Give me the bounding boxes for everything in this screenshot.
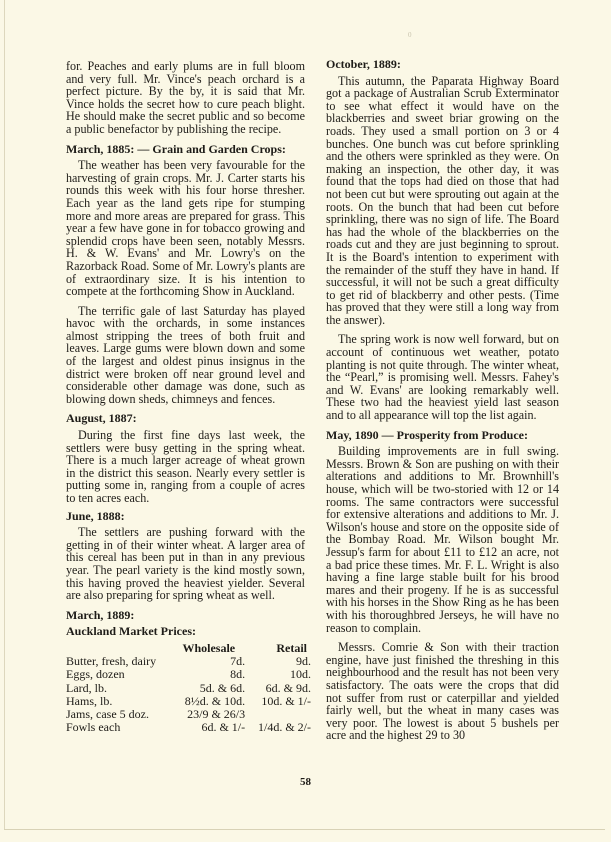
price-retail: 6d. & 9d.: [251, 682, 311, 695]
page-number: 58: [0, 776, 611, 788]
paragraph: The settlers are pushing forward with th…: [66, 526, 305, 602]
page-edge-left: [4, 0, 5, 830]
right-column: October, 1889: This autumn, the Paparata…: [326, 58, 559, 749]
price-item: Eggs, dozen: [66, 668, 169, 681]
price-wholesale: 8½d. & 10d.: [169, 695, 252, 708]
section-may-1890: May, 1890 — Prosperity from Produce: Bui…: [326, 429, 559, 742]
table-row: Hams, lb.8½d. & 10d.10d. & 1/-: [66, 695, 311, 708]
price-item: Fowls each: [66, 721, 169, 734]
price-wholesale: 5d. & 6d.: [169, 682, 252, 695]
section-heading: March, 1889:: [66, 609, 305, 622]
market-prices-table: Wholesale Retail Butter, fresh, dairy7d.…: [66, 642, 311, 734]
price-item: Hams, lb.: [66, 695, 169, 708]
section-august-1887: August, 1887: During the first fine days…: [66, 412, 305, 504]
paragraph: During the first fine days last week, th…: [66, 429, 305, 505]
section-market-prices: March, 1889: Auckland Market Prices: Who…: [66, 609, 305, 735]
price-wholesale: 6d. & 1/-: [169, 721, 252, 734]
table-row: Eggs, dozen8d.10d.: [66, 668, 311, 681]
section-heading: June, 1888:: [66, 510, 305, 523]
paragraph: The spring work is now well forward, but…: [326, 333, 559, 421]
paragraph: Building improvements are in full swing.…: [326, 445, 559, 634]
section-heading: March, 1885: — Grain and Garden Crops:: [66, 143, 305, 156]
section-june-1888: June, 1888: The settlers are pushing for…: [66, 510, 305, 602]
section-march-1885: March, 1885: — Grain and Garden Crops: T…: [66, 143, 305, 406]
paragraph: The weather has been very favourable for…: [66, 159, 305, 298]
margin-mark: 0: [408, 31, 412, 39]
section-october-1889: October, 1889: This autumn, the Paparata…: [326, 58, 559, 422]
section-heading: May, 1890 — Prosperity from Produce:: [326, 429, 559, 442]
section-heading: October, 1889:: [326, 58, 559, 71]
table-row: Lard, lb.5d. & 6d.6d. & 9d.: [66, 682, 311, 695]
paragraph: This autumn, the Paparata Highway Board …: [326, 75, 559, 327]
price-wholesale: 8d.: [169, 668, 252, 681]
left-column: for. Peaches and early plums are in full…: [66, 60, 305, 734]
market-subheading: Auckland Market Prices:: [66, 625, 305, 638]
paragraph: Messrs. Comrie & Son with their traction…: [326, 641, 559, 742]
intro-paragraph: for. Peaches and early plums are in full…: [66, 60, 305, 136]
price-retail: 10d.: [251, 668, 311, 681]
price-retail: 1/4d. & 2/-: [251, 721, 311, 734]
page-edge-bottom: [4, 829, 605, 830]
price-item: Lard, lb.: [66, 682, 169, 695]
section-heading: August, 1887:: [66, 412, 305, 425]
paragraph: The terrific gale of last Saturday has p…: [66, 305, 305, 406]
table-row: Fowls each6d. & 1/-1/4d. & 2/-: [66, 721, 311, 734]
price-retail: 10d. & 1/-: [251, 695, 311, 708]
